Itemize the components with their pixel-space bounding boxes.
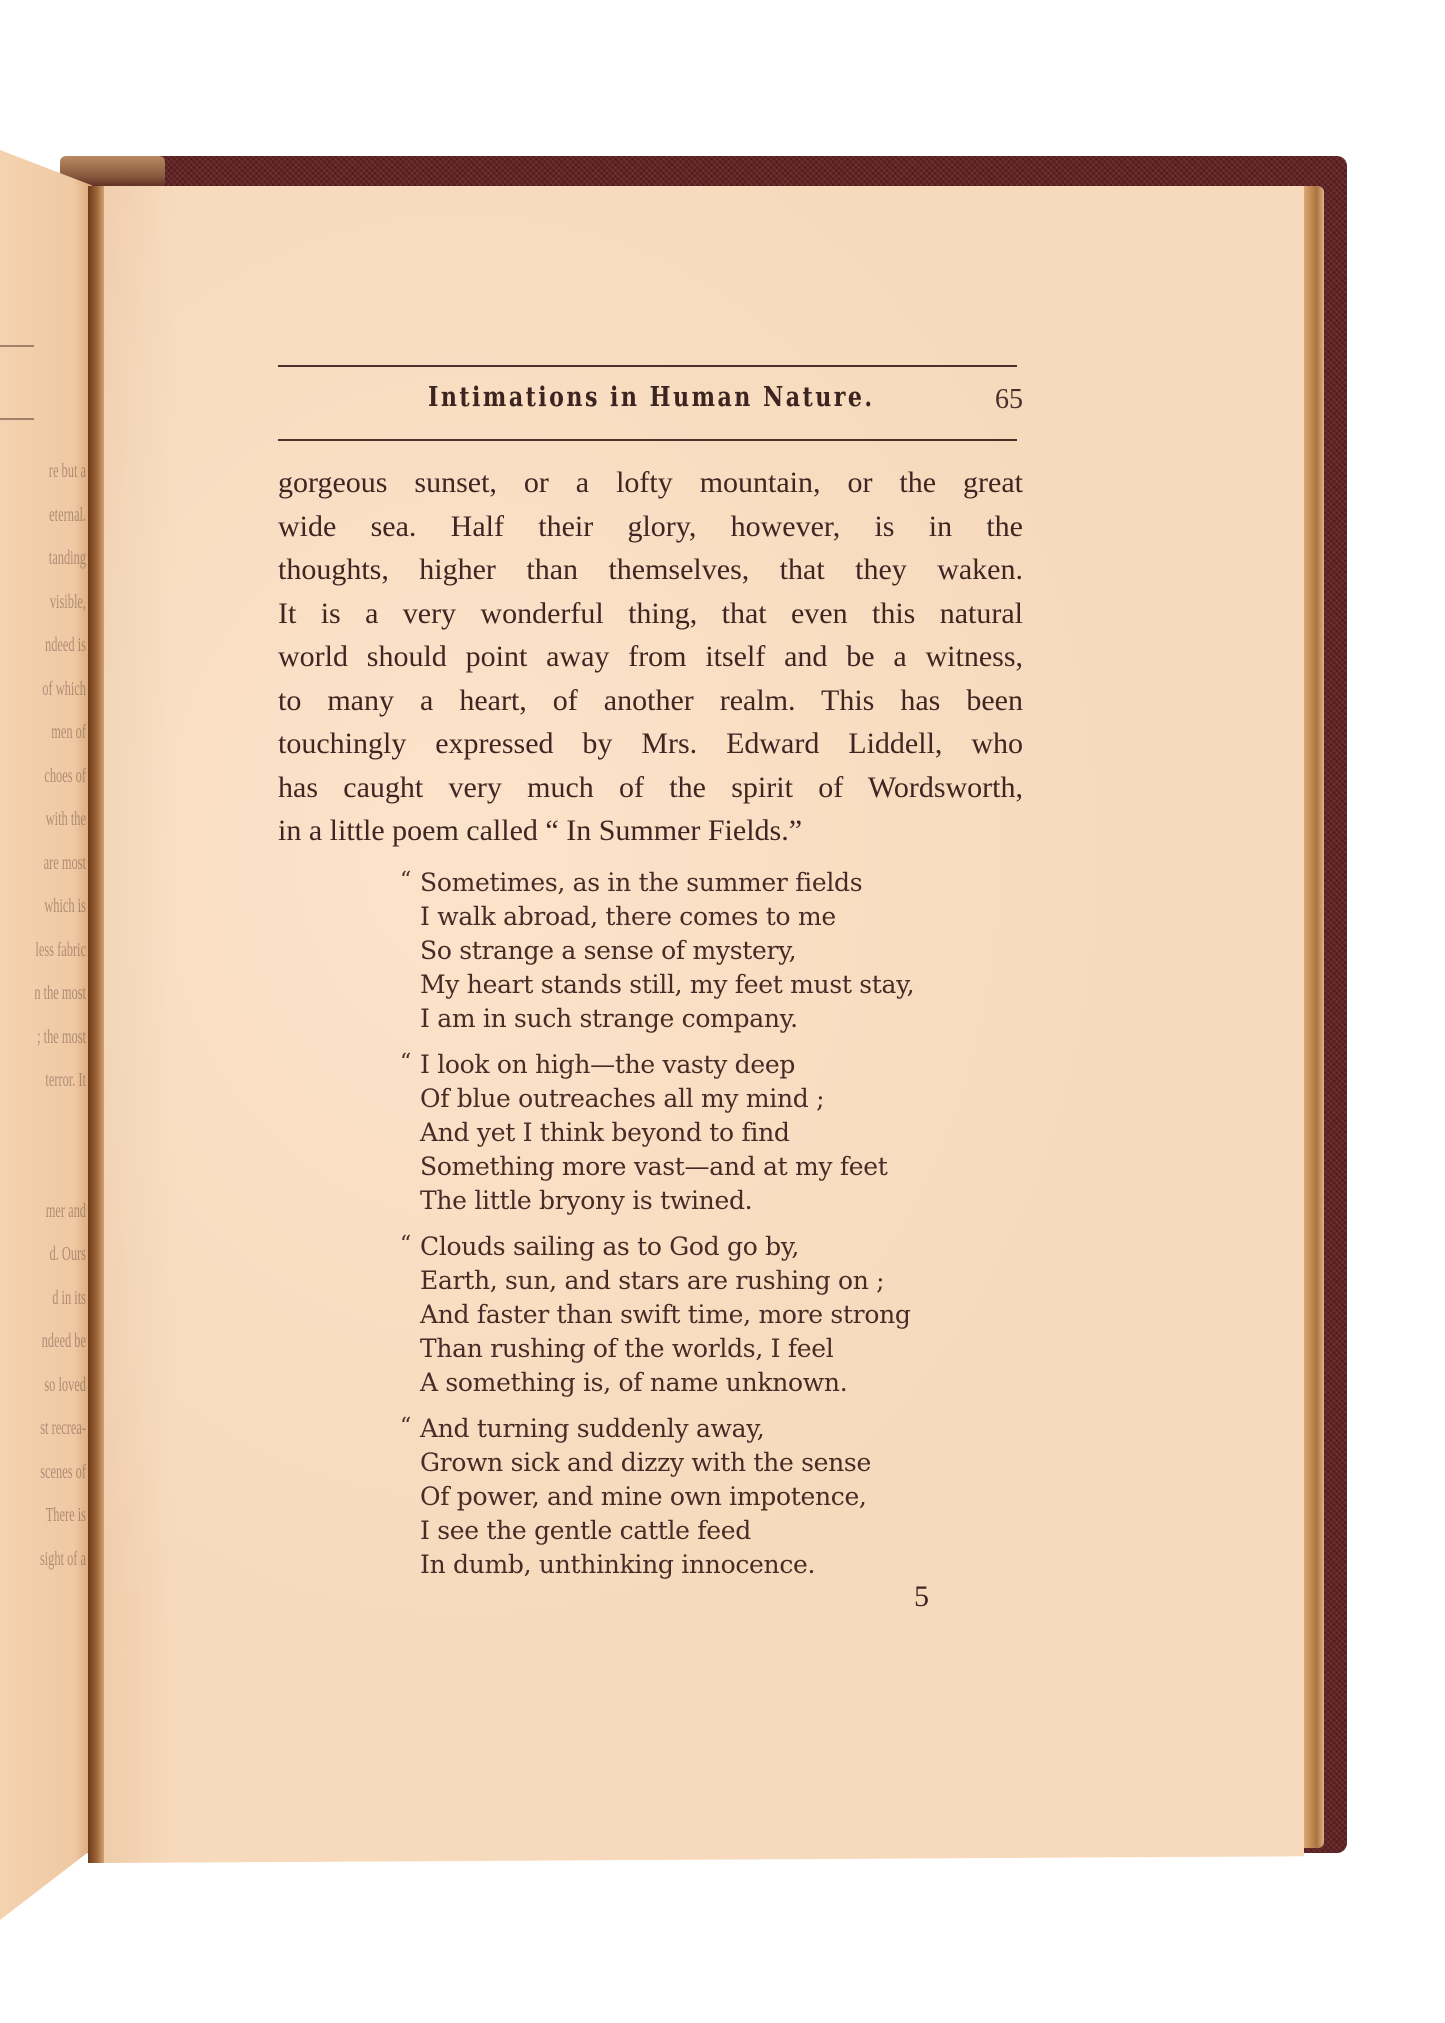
left-page-fragment: are most — [33, 842, 86, 886]
verse-line: I am in such strange company. — [400, 1002, 914, 1036]
verse-line: I see the gentle cattle feed — [400, 1514, 914, 1548]
verse-line: Grown sick and dizzy with the sense — [400, 1446, 914, 1480]
left-page-fragment — [33, 1103, 86, 1147]
verse-line: Than rushing of the worlds, I feel — [400, 1332, 914, 1366]
signature-mark: 5 — [914, 1580, 929, 1614]
stanza: “And turning suddenly away, Grown sick a… — [400, 1412, 914, 1582]
left-page-rule — [0, 345, 34, 347]
verse-line: So strange a sense of mystery, — [400, 934, 914, 968]
left-page-fragment: eternal. — [33, 494, 86, 538]
left-page-fragment: st recrea- — [33, 1407, 86, 1451]
prose-line: It is a very wonderful thing, that even … — [278, 592, 1023, 636]
open-quote: “ — [400, 864, 411, 898]
left-page-fragment: which is — [33, 885, 86, 929]
left-page-fragment: re but a — [33, 450, 86, 494]
verse-line: Something more vast—and at my feet — [400, 1150, 914, 1184]
header-rule-bottom — [278, 439, 1017, 441]
prose-line: thoughts, higher than themselves, that t… — [278, 548, 1023, 592]
left-page-fragment: ndeed be — [33, 1320, 86, 1364]
verse-line: And faster than swift time, more strong — [400, 1298, 914, 1332]
left-page-fragment: less fabric — [33, 929, 86, 973]
prose-line: touchingly expressed by Mrs. Edward Lidd… — [278, 722, 1023, 766]
prose-line: in a little poem called “ In Summer Fiel… — [278, 809, 1023, 853]
left-page-fragment: sight of a — [33, 1538, 86, 1582]
left-page-fragment: visible, — [33, 581, 86, 625]
left-page-fragment: d. Ours — [33, 1233, 86, 1277]
left-page-fragment: n the most — [33, 972, 86, 1016]
verse-line: Of blue outreaches all my mind ; — [400, 1082, 914, 1116]
verse-line: I walk abroad, there comes to me — [400, 900, 914, 934]
verse-line: The little bryony is twined. — [400, 1184, 914, 1218]
left-page-fragment: scenes of — [33, 1451, 86, 1495]
prose-line: gorgeous sunset, or a lofty mountain, or… — [278, 461, 1023, 505]
left-page-fragment: men of — [33, 711, 86, 755]
left-page-fragment: terror. It — [33, 1059, 86, 1103]
header-rule-top — [278, 365, 1017, 367]
prose-line: world should point away from itself and … — [278, 635, 1023, 679]
left-page-fragment: choes of — [33, 755, 86, 799]
verse-line: My heart stands still, my feet must stay… — [400, 968, 914, 1002]
left-page-fragment — [33, 1146, 86, 1190]
verse-line: In dumb, unthinking innocence. — [400, 1548, 914, 1582]
open-quote: “ — [400, 1046, 411, 1080]
left-page-fragment: There is — [33, 1494, 86, 1538]
verse-line: Earth, sun, and stars are rushing on ; — [400, 1264, 914, 1298]
verse-line: Sometimes, as in the summer fields — [420, 868, 862, 897]
prose-line: wide sea. Half their glory, however, is … — [278, 505, 1023, 549]
running-title: Intimations in Human Nature. — [428, 382, 875, 413]
open-quote: “ — [400, 1228, 411, 1262]
left-page-fragment: of which — [33, 668, 86, 712]
left-page-rule — [0, 418, 34, 420]
prose-line: to many a heart, of another realm. This … — [278, 679, 1023, 723]
verse-line: A something is, of name unknown. — [400, 1366, 914, 1400]
prose-line: has caught very much of the spirit of Wo… — [278, 766, 1023, 810]
stanza: “I look on high—the vasty deep Of blue o… — [400, 1048, 914, 1218]
stanza: “Sometimes, as in the summer fields I wa… — [400, 866, 914, 1036]
left-page-fragment: ndeed is — [33, 624, 86, 668]
stanza: “Clouds sailing as to God go by, Earth, … — [400, 1230, 914, 1400]
poem: “Sometimes, as in the summer fields I wa… — [400, 866, 914, 1594]
left-page-fragment: ; the most — [33, 1016, 86, 1060]
left-page-fragment: mer and — [33, 1190, 86, 1234]
prose-paragraph: gorgeous sunset, or a lofty mountain, or… — [278, 461, 1023, 853]
verse-line: I look on high—the vasty deep — [420, 1050, 795, 1079]
left-page-fragment: with the — [33, 798, 86, 842]
open-quote: “ — [400, 1410, 411, 1444]
running-head: Intimations in Human Nature. 65 — [278, 382, 1023, 422]
left-page-fragment: d in its — [33, 1277, 86, 1321]
left-page-text-fragments: re but aeternal.tandingvisible,ndeed iso… — [33, 450, 86, 1581]
verse-line: Clouds sailing as to God go by, — [420, 1232, 799, 1261]
verse-line: Of power, and mine own impotence, — [400, 1480, 914, 1514]
page-number: 65 — [995, 384, 1023, 416]
left-page-fragment: tanding — [33, 537, 86, 581]
verse-line: And yet I think beyond to find — [400, 1116, 914, 1150]
verse-line: And turning suddenly away, — [420, 1414, 764, 1443]
left-page-fragment: so loved — [33, 1364, 86, 1408]
